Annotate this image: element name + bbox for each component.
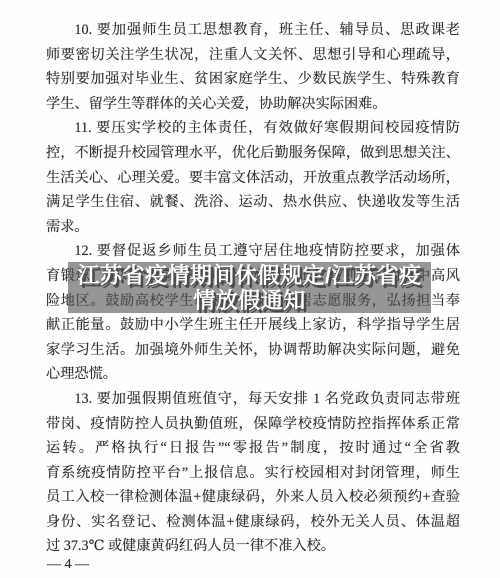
text-line: 需求。	[46, 215, 460, 240]
text-line: 过 37.3℃ 或健康黄码红码人员一律不准入校。	[46, 534, 460, 559]
text-line: 控，不断提升校园管理水平，优化后勤服务保障，做到思想关注、	[46, 141, 460, 166]
text-line: 家学习生活。加强境外师生关怀，协调帮助解决实际问题，避免	[46, 338, 460, 363]
text-line: 10. 要加强师生员工思想教育，班主任、辅导员、思政课老	[46, 18, 460, 43]
document-page: 10. 要加强师生员工思想教育，班主任、辅导员、思政课老师要密切关注学生状况，注…	[0, 0, 500, 578]
text-line: 学生、留学生等群体的关心关爱，协助解决实际困难。	[46, 92, 460, 117]
watermark-title-line2: 情放假通知	[193, 288, 306, 313]
text-line: 员工入校一律检测体温+健康绿码，外来人员入校必须预约+查验	[46, 485, 460, 510]
page-number: — 4 —	[47, 554, 89, 576]
text-line: 心理恐慌。	[46, 362, 460, 387]
text-line: 13. 要加强假期值班值守，每天安排 1 名党政负责同志带班	[46, 387, 460, 412]
text-line: 满足学生住宿、就餐、洗浴、运动、热水供应、快递收发等生活	[46, 190, 460, 215]
watermark-title-line1: 江苏省疫情期间休假规定/江苏省疫	[77, 263, 421, 288]
text-line: 11. 要压实学校的主体责任，有效做好寒假期间校园疫情防	[46, 116, 460, 141]
text-line: 育系统疫情防控平台”上报信息。实行校园相对封闭管理，师生	[46, 461, 460, 486]
text-line: 献正能量。鼓励中小学生班主任开展线上家访，科学指导学生居	[46, 313, 460, 338]
text-line: 运转。严格执行“日报告”“零报告”制度，按时通过“全省教	[46, 436, 460, 461]
watermark-band: 江苏省疫情期间休假规定/江苏省疫 情放假通知	[68, 262, 431, 313]
text-line: 师要密切关注学生状况，注重人文关怀、思想引导和心理疏导，	[46, 43, 460, 68]
text-line: 身份、实名登记、检测体温+健康绿码，校外无关人员、体温超	[46, 510, 460, 535]
text-line: 12. 要督促返乡师生员工遵守居住地疫情防控要求，加强体	[46, 239, 460, 264]
text-line: 带岗、疫情防控人员执勤值班，保障学校疫情防控指挥体系正常	[46, 412, 460, 437]
text-line: 特别要加强对毕业生、贫困家庭学生、少数民族学生、特殊教育	[46, 67, 460, 92]
text-line: 生活关心、心理关爱。要丰富文体活动，开放重点教学活动场所，	[46, 166, 460, 191]
